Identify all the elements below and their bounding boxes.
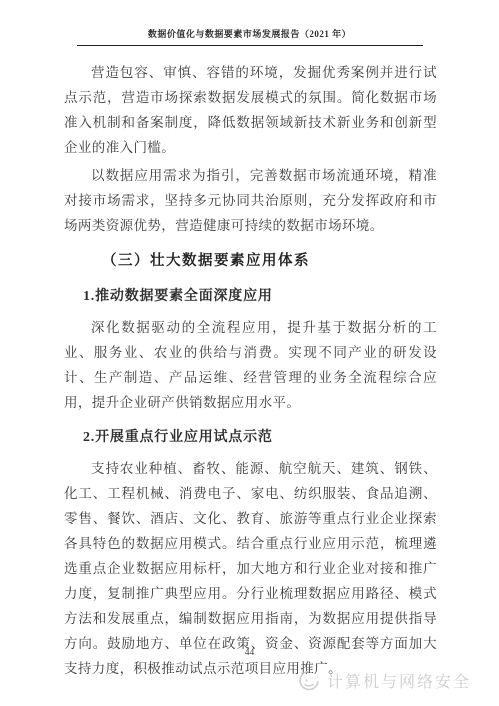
document-body: 营造包容、审慎、容错的环境，发掘优秀案例并进行试点示范，营造市场探索数据发展模式… xyxy=(64,60,437,681)
subsection-heading-1: 1.推动数据要素全面深度应用 xyxy=(64,284,437,309)
running-header-title: 数据价值化与数据要素市场发展报告（2021 年） xyxy=(0,27,499,40)
publisher-watermark: 计算机与网络安全 xyxy=(297,668,471,692)
subsection-heading-2: 2.开展重点行业应用试点示范 xyxy=(64,425,437,450)
page-number: 44 xyxy=(0,648,499,658)
paragraph-3: 深化数据驱动的全流程应用，提升基于数据分析的工业、服务业、农业的供给与消费。实现… xyxy=(64,315,437,415)
paragraph-2: 以数据应用需求为指引，完善数据市场流通环境，精准对接市场需求，坚持多元协同共治原… xyxy=(64,163,437,238)
publisher-logo-icon xyxy=(297,668,321,692)
publisher-watermark-label: 计算机与网络安全 xyxy=(327,669,471,692)
paragraph-1: 营造包容、审慎、容错的环境，发掘优秀案例并进行试点示范，营造市场探索数据发展模式… xyxy=(64,60,437,160)
document-page: 数据价值化与数据要素市场发展报告（2021 年） 营造包容、审慎、容错的环境，发… xyxy=(0,0,499,706)
header-rule xyxy=(77,45,423,46)
section-heading: （三）壮大数据要素应用体系 xyxy=(64,249,437,274)
